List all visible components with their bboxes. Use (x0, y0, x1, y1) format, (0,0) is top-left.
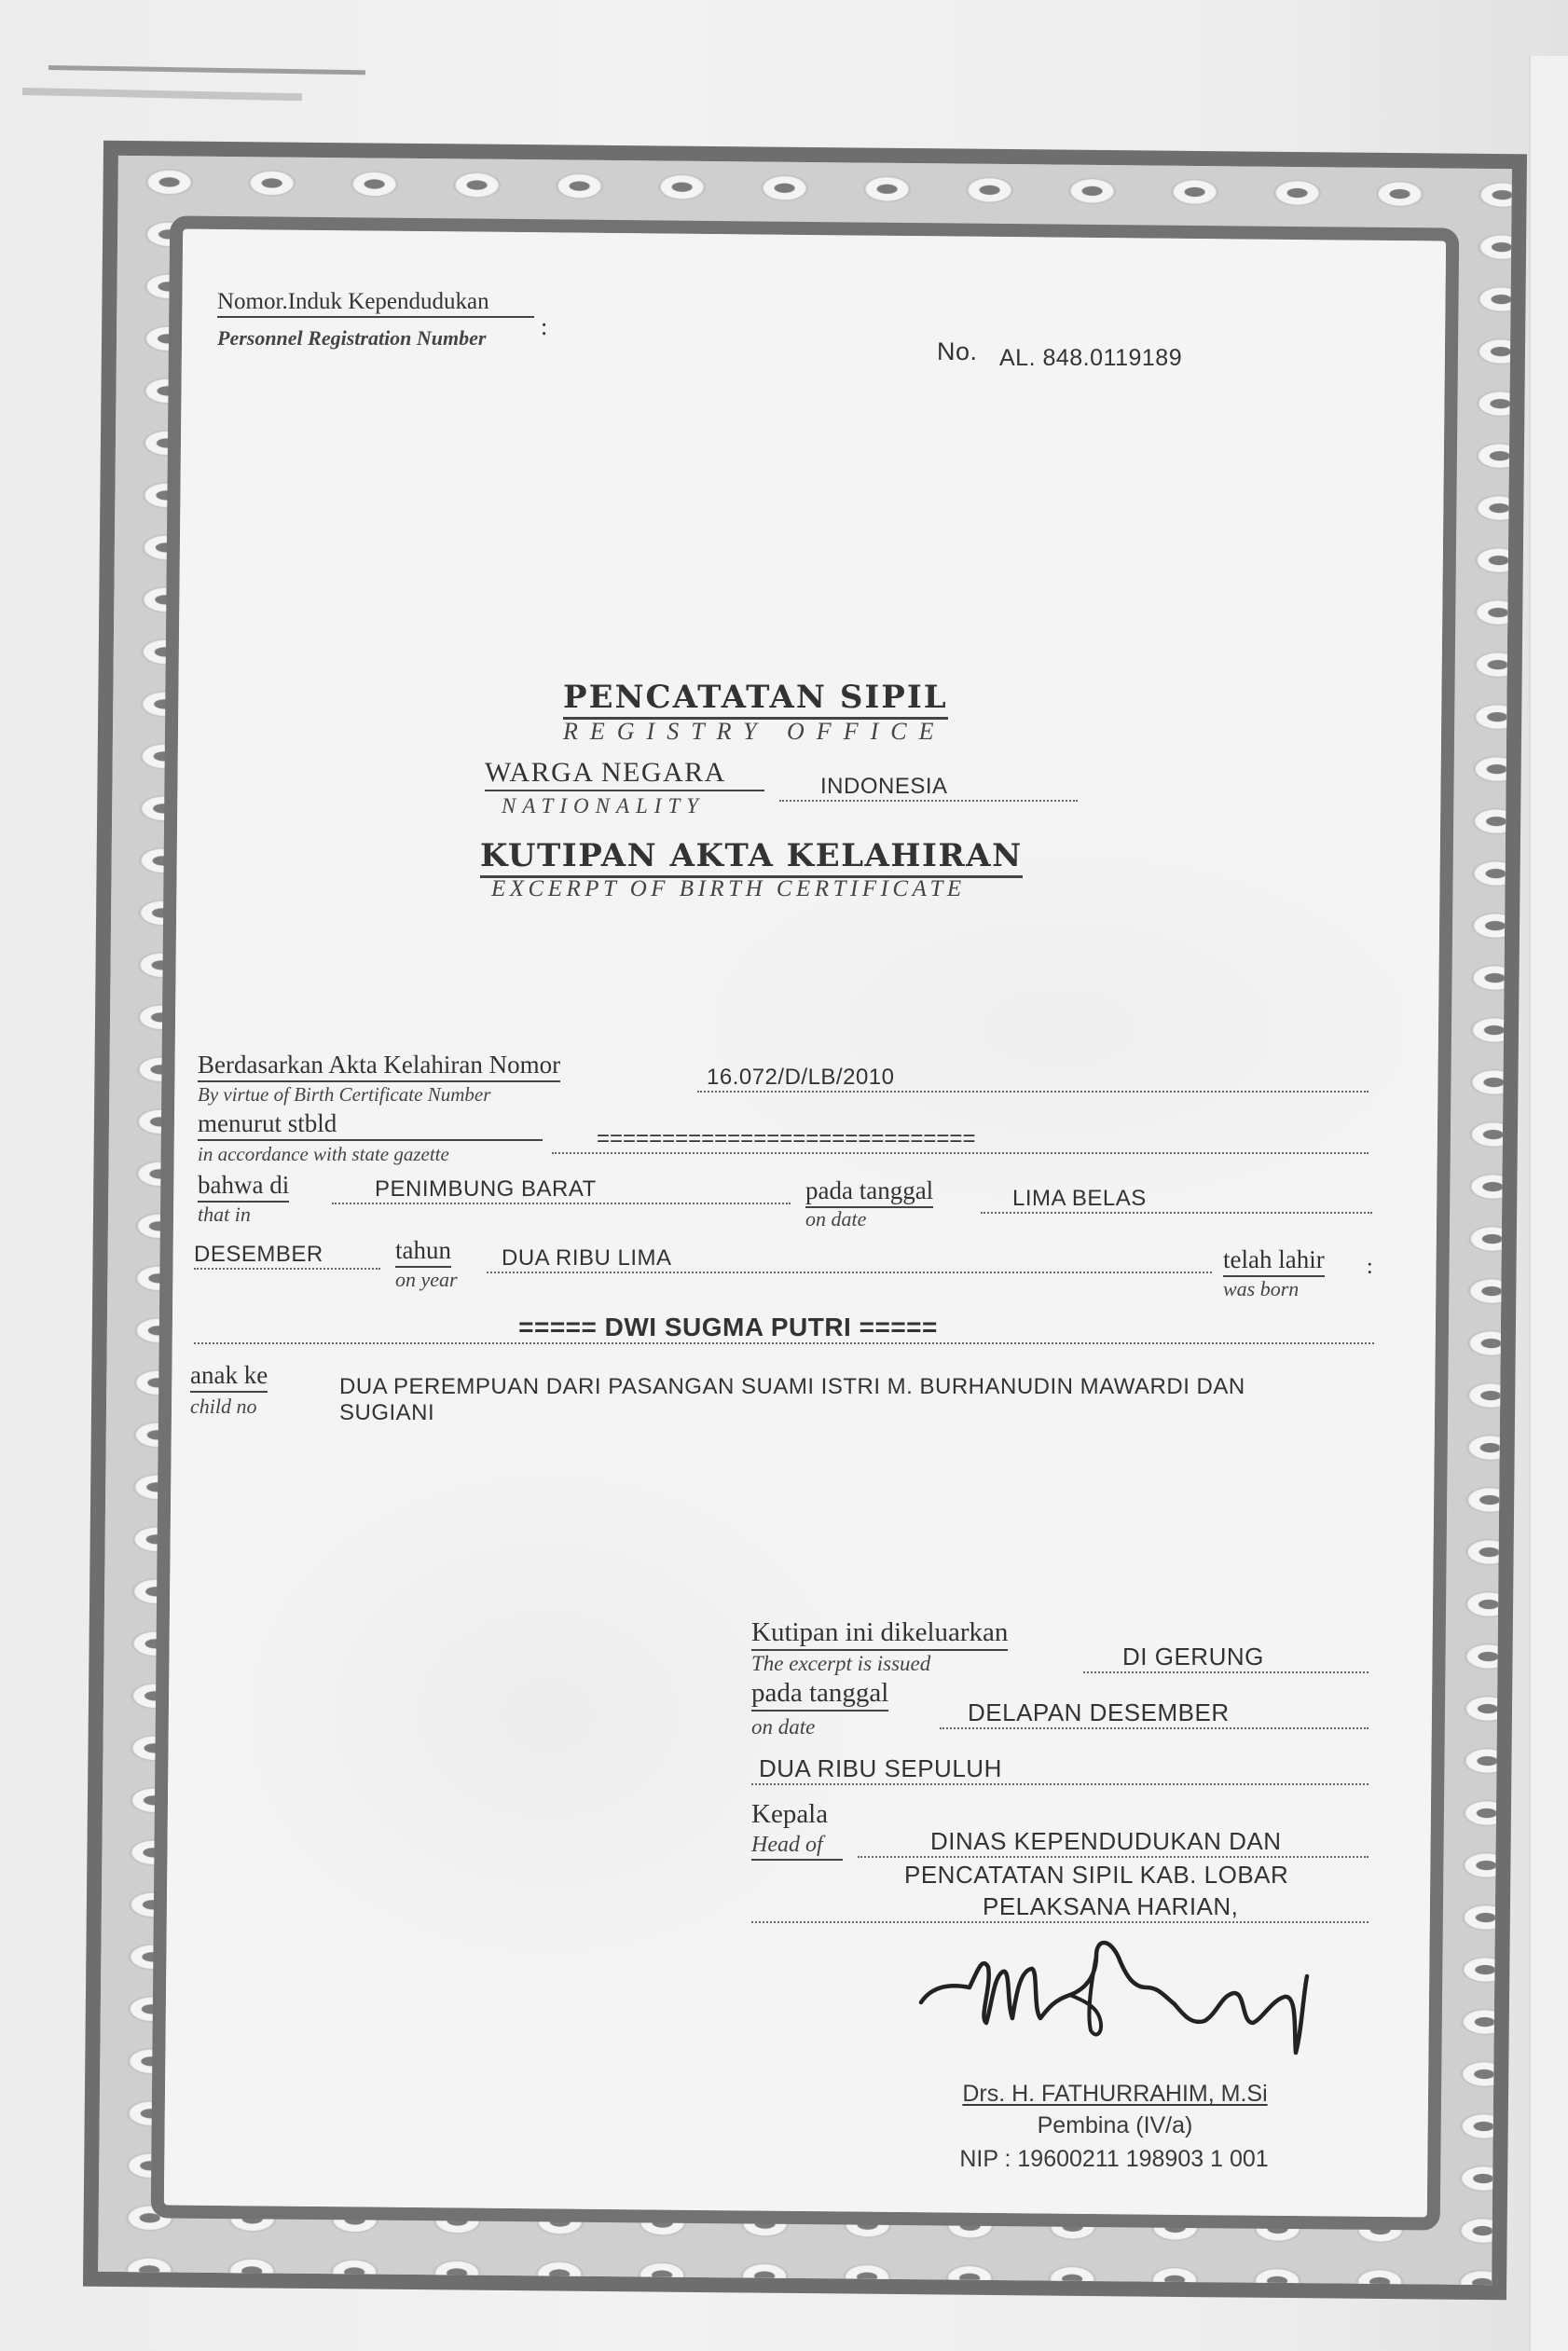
issued-date-label-en: on date (751, 1715, 815, 1739)
born-colon: : (1367, 1255, 1373, 1280)
born-label-en: was born (1223, 1277, 1299, 1301)
nationality-value: INDONESIA (779, 774, 1078, 802)
issued-label: Kutipan ini dikeluarkan (751, 1617, 1008, 1651)
nik-label-en: Personnel Registration Number (217, 326, 486, 351)
issued-date-line1: DELAPAN DESEMBER (940, 1698, 1369, 1729)
birth-cert-no-label-en: By virtue of Birth Certificate Number (198, 1083, 490, 1107)
child-no-label: anak ke (190, 1361, 268, 1393)
child-no-value-line1: DUA PEREMPUAN DARI PASANGAN SUAMI ISTRI … (339, 1374, 1245, 1400)
nationality-label: WARGA NEGARA (485, 757, 764, 791)
head-label-en: Head of (751, 1833, 843, 1861)
birth-cert-no-value: 16.072/D/LB/2010 (697, 1065, 1369, 1093)
issued-date-line2: DUA RIBU SEPULUH (751, 1754, 1369, 1785)
stbld-label-en: in accordance with state gazette (198, 1143, 449, 1166)
signature-icon (914, 1930, 1324, 2060)
office-title-en: REGISTRY OFFICE (563, 718, 945, 746)
year-label-en: on year (395, 1268, 458, 1292)
born-label: telah lahir (1223, 1245, 1325, 1277)
stbld-label: menurut stbld (198, 1109, 543, 1141)
child-no-value-line2: SUGIANI (339, 1400, 434, 1426)
nationality-label-en: NATIONALITY (502, 794, 705, 818)
date-value: LIMA BELAS (981, 1186, 1372, 1214)
head-line3: PELAKSANA HARIAN, (751, 1892, 1369, 1923)
signatory-rank: Pembina (IV/a) (928, 2112, 1301, 2139)
nik-colon: : (541, 313, 547, 341)
place-label: bahwa di (198, 1171, 289, 1203)
place-value: PENIMBUNG BARAT (332, 1176, 791, 1204)
document-title: KUTIPAN AKTA KELAHIRAN (480, 837, 1023, 878)
nik-label: Nomor.Induk Kependudukan (217, 289, 534, 318)
serial-number: AL. 848.0119189 (999, 345, 1182, 372)
stbld-value: ============================= (552, 1126, 1369, 1154)
place-label-en: that in (198, 1203, 251, 1227)
document-title-en: EXCERPT OF BIRTH CERTIFICATE (491, 876, 966, 902)
issued-label-en: The excerpt is issued (751, 1652, 930, 1676)
birth-cert-no-label: Berdasarkan Akta Kelahiran Nomor (198, 1051, 560, 1082)
year-label: tahun (395, 1236, 451, 1268)
certificate-content: Nomor.Induk Kependudukan Personnel Regis… (0, 0, 1568, 2351)
year-value: DUA RIBU LIMA (487, 1245, 1212, 1273)
signatory-name: Drs. H. FATHURRAHIM, M.Si (928, 2081, 1301, 2108)
issued-place-value: DI GERUNG (1083, 1643, 1369, 1673)
head-line2: PENCATATAN SIPIL KAB. LOBAR (904, 1861, 1288, 1890)
date-label-en: on date (805, 1207, 866, 1231)
child-name-value: ===== DWI SUGMA PUTRI ===== (194, 1313, 1374, 1344)
signatory-nip: NIP : 19600211 198903 1 001 (904, 2146, 1324, 2173)
head-label: Kepala (751, 1799, 828, 1830)
date-label: pada tanggal (805, 1176, 933, 1208)
issued-date-label: pada tanggal (751, 1678, 888, 1712)
month-value: DESEMBER (194, 1242, 380, 1270)
child-no-label-en: child no (190, 1395, 257, 1419)
serial-prefix: No. (937, 337, 978, 366)
office-title: PENCATATAN SIPIL (563, 679, 948, 720)
head-line1: DINAS KEPENDUDUKAN DAN (858, 1827, 1369, 1858)
